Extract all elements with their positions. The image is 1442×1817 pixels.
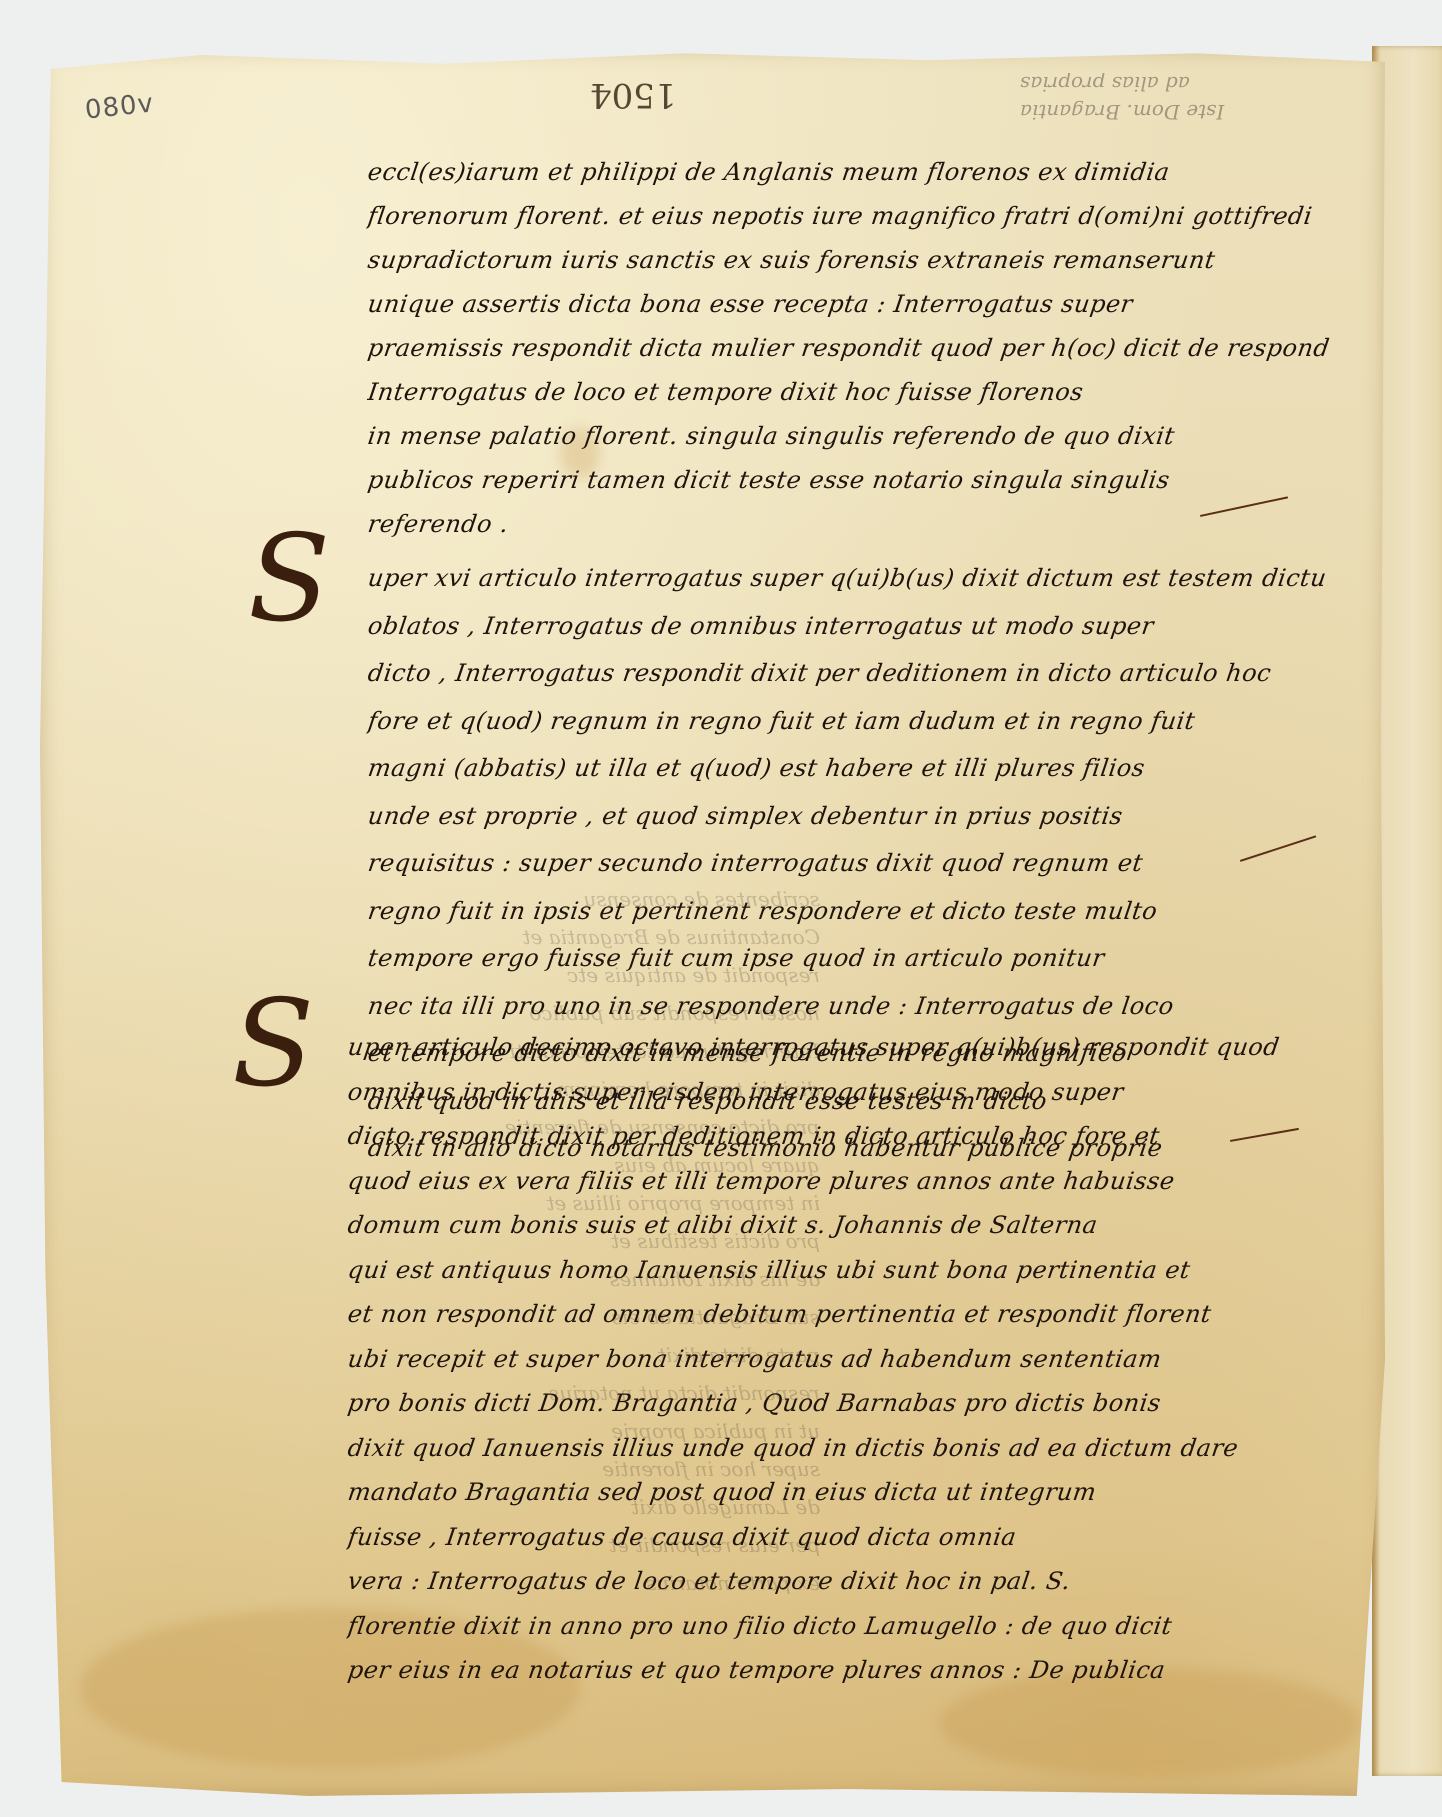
text-line: florentie dixit in anno pro uno filio di… (345, 1604, 1341, 1649)
text-line: in mense palatio florent. singula singul… (365, 414, 1331, 458)
text-line: oblatos , Interrogatus de omnibus interr… (365, 603, 1332, 651)
text-line: domum cum bonis suis et alibi dixit s. J… (345, 1203, 1341, 1248)
text-line: magni (abbatis) ut illa et q(uod) est ha… (365, 745, 1332, 793)
text-line: vera : Interrogatus de loco et tempore d… (345, 1559, 1341, 1604)
text-line: ubi recepit et super bona interrogatus a… (345, 1337, 1341, 1382)
text-line: requisitus : super secundo interrogatus … (365, 840, 1332, 888)
text-line: dixit quod Ianuensis illius unde quod in… (345, 1426, 1341, 1471)
text-line: uper articulo decimo octavo interrogatus… (345, 1025, 1341, 1070)
marginal-note-top-right: Iste Dom. Bragantia ad alias proprias (1020, 70, 1280, 126)
text-line: referendo . (365, 502, 1331, 546)
text-line: tempore ergo fuisse fuit cum ipse quod i… (365, 935, 1332, 983)
marginal-note-line: Iste Dom. Bragantia (1020, 98, 1280, 126)
marginal-note-line: ad alias proprias (1020, 70, 1280, 98)
text-line: unde est proprie , et quod simplex deben… (365, 793, 1332, 841)
text-line: florenorum florent. et eius nepotis iure… (365, 194, 1331, 238)
text-line: publicos reperiri tamen dicit teste esse… (365, 458, 1331, 502)
text-line: uper xvi articulo interrogatus super q(u… (365, 555, 1332, 603)
decorated-initial: S (232, 985, 314, 1105)
text-line: dicto , Interrogatus respondit dixit per… (365, 650, 1332, 698)
text-line: dicto respondit dixit per deditionem in … (345, 1114, 1341, 1159)
paragraph-article: uper articulo decimo octavo interrogatus… (348, 1025, 1338, 1693)
text-line: qui est antiquus homo Ianuensis illius u… (345, 1248, 1341, 1293)
text-line: mandato Bragantia sed post quod in eius … (345, 1470, 1341, 1515)
text-line: regno fuit in ipsis et pertinent respond… (365, 888, 1332, 936)
text-line: Interrogatus de loco et tempore dixit ho… (365, 370, 1331, 414)
text-line: et non respondit ad omnem debitum pertin… (345, 1292, 1341, 1337)
text-line: supradictorum iuris sanctis ex suis fore… (365, 238, 1331, 282)
text-line: pro bonis dicti Dom. Bragantia , Quod Ba… (345, 1381, 1341, 1426)
header-year-mark: 1504 (590, 75, 677, 115)
text-line: quod eius ex vera filiis et illi tempore… (345, 1159, 1341, 1204)
text-line: fore et q(uod) regnum in regno fuit et i… (365, 698, 1332, 746)
text-line: eccl(es)iarum et philippi de Anglanis me… (365, 150, 1331, 194)
decorated-initial: S (248, 520, 330, 640)
text-line: unique assertis dicta bona esse recepta … (365, 282, 1331, 326)
text-line: omnibus in dictis super eisdem interroga… (345, 1070, 1341, 1115)
text-line: praemissis respondit dicta mulier respon… (365, 326, 1331, 370)
text-line: per eius in ea notarius et quo tempore p… (345, 1648, 1341, 1693)
text-line: fuisse , Interrogatus de causa dixit quo… (345, 1515, 1341, 1560)
paragraph-continuation: eccl(es)iarum et philippi de Anglanis me… (368, 150, 1328, 546)
text-line: nec ita illi pro uno in se respondere un… (365, 983, 1332, 1031)
